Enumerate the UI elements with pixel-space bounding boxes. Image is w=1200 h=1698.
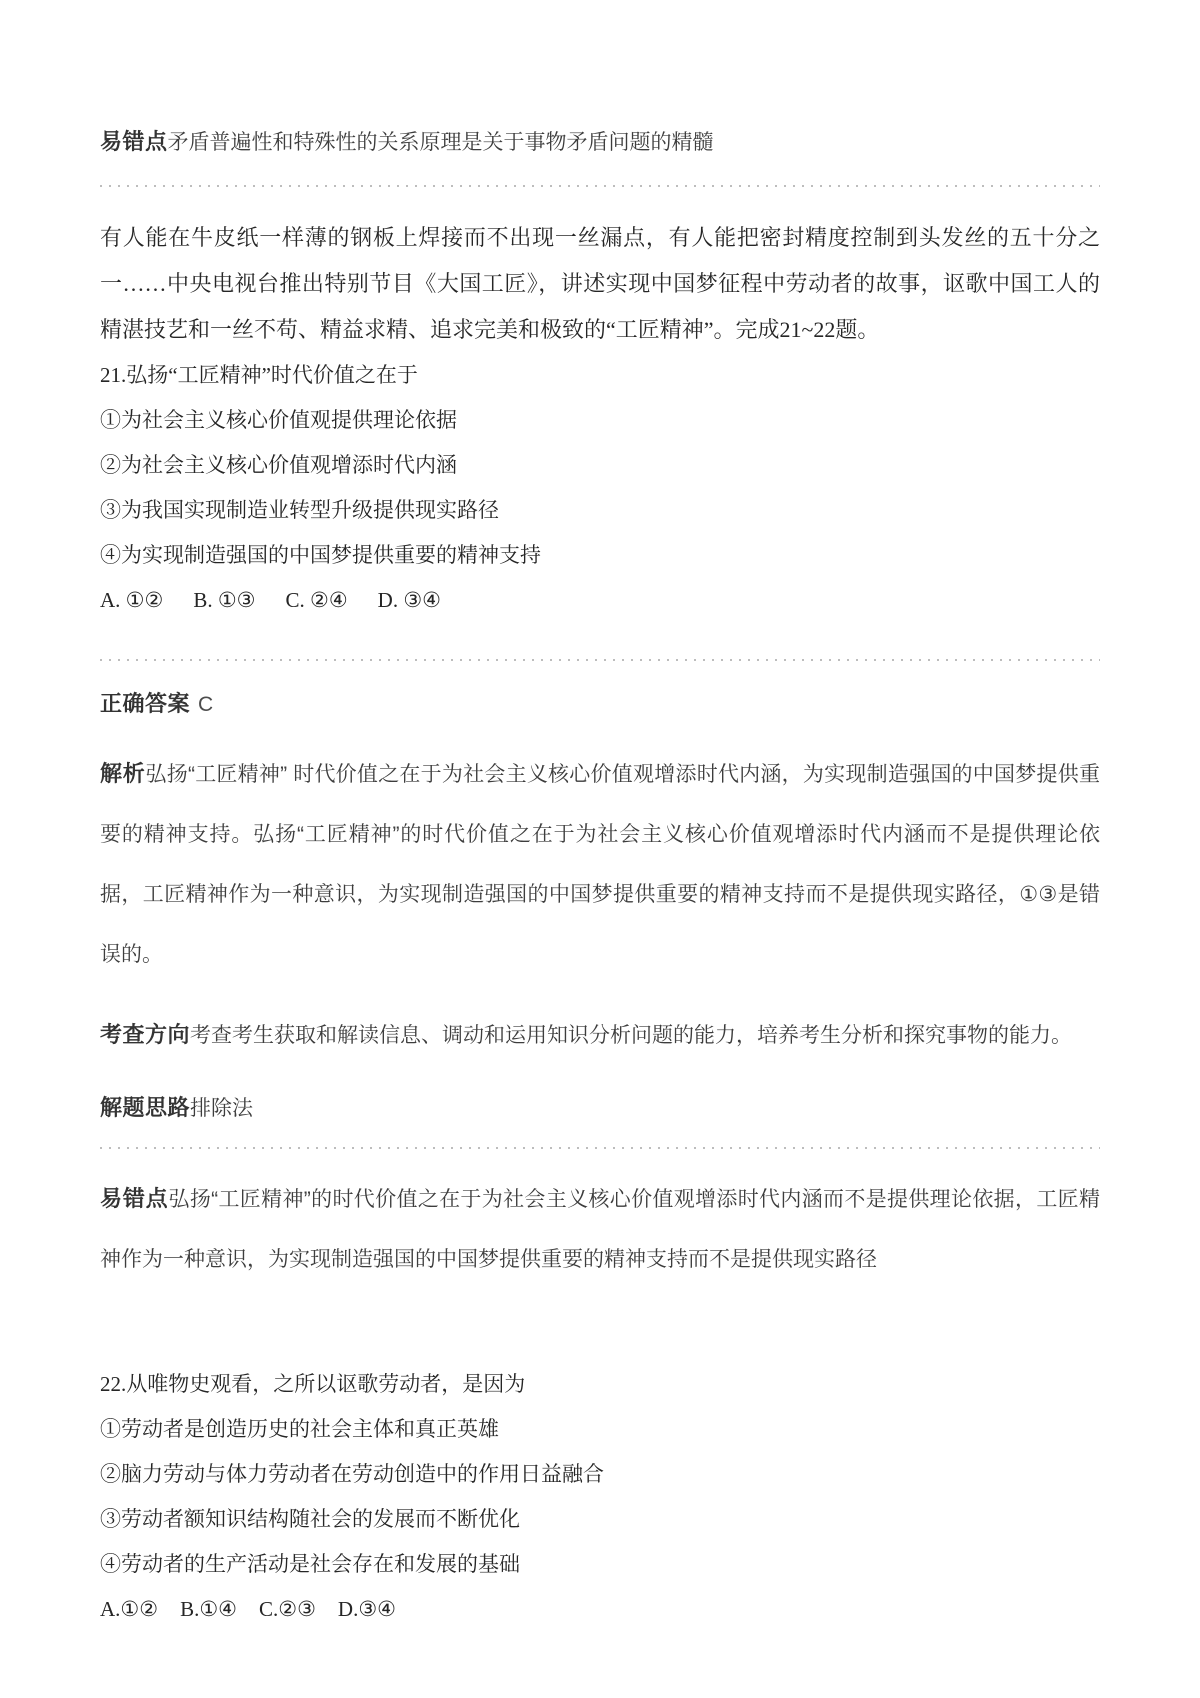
question-22-option-4: ④劳动者的生产活动是社会存在和发展的基础 <box>100 1542 1100 1587</box>
analysis-paragraph: 解析弘扬“工匠精神” 时代价值之在于为社会主义核心价值观增添时代内涵，为实现制造… <box>100 744 1100 985</box>
exam-direction-text: 考查考生获取和解读信息、调动和运用知识分析问题的能力，培养考生分析和探究事物的能… <box>190 1024 1072 1047</box>
question-21-choices: A. ①② B. ①③ C. ②④ D. ③④ <box>100 578 1100 623</box>
question-21-option-3: ③为我国实现制造业转型升级提供现实路径 <box>100 488 1100 533</box>
question-22-option-3: ③劳动者额知识结构随社会的发展而不断优化 <box>100 1497 1100 1542</box>
choice-b: B.①④ <box>180 1587 237 1632</box>
answer-section: 正确答案C <box>100 687 1100 724</box>
error-prone-label: 易错点 <box>100 1186 169 1211</box>
exam-direction-section: 考查方向考查考生获取和解读信息、调动和运用知识分析问题的能力，培养考生分析和探究… <box>100 1005 1100 1066</box>
passage-paragraph: 有人能在牛皮纸一样薄的钢板上焊接而不出现一丝漏点，有人能把密封精度控制到头发丝的… <box>100 215 1100 353</box>
error-prone-label-top: 易错点 <box>100 129 168 154</box>
error-prone-line-top: 易错点矛盾普遍性和特殊性的关系原理是关于事物矛盾问题的精髓 <box>100 126 1100 159</box>
passage-section: 有人能在牛皮纸一样薄的钢板上焊接而不出现一丝漏点，有人能把密封精度控制到头发丝的… <box>100 215 1100 353</box>
section-divider <box>100 1147 1100 1149</box>
question-21-option-2: ②为社会主义核心价值观增添时代内涵 <box>100 443 1100 488</box>
question-21: 21.弘扬“工匠精神”时代价值之在于 ①为社会主义核心价值观提供理论依据 ②为社… <box>100 353 1100 623</box>
choice-d: D. ③④ <box>378 578 441 623</box>
choice-c: C.②③ <box>259 1587 316 1632</box>
question-22-option-1: ①劳动者是创造历史的社会主体和真正英雄 <box>100 1407 1100 1452</box>
error-prone-section: 易错点弘扬“工匠精神”的时代价值之在于为社会主义核心价值观增添时代内涵而不是提供… <box>100 1169 1100 1290</box>
solution-approach-label: 解题思路 <box>100 1095 190 1120</box>
section-divider <box>100 185 1100 187</box>
analysis-text: 弘扬“工匠精神” 时代价值之在于为社会主义核心价值观增添时代内涵，为实现制造强国… <box>100 763 1100 966</box>
solution-approach-section: 解题思路排除法 <box>100 1086 1100 1131</box>
correct-answer-value: C <box>198 693 213 716</box>
choice-d: D.③④ <box>338 1587 396 1632</box>
previous-analysis-tail: 易错点矛盾普遍性和特殊性的关系原理是关于事物矛盾问题的精髓 <box>100 126 1100 159</box>
question-21-option-1: ①为社会主义核心价值观提供理论依据 <box>100 398 1100 443</box>
exam-direction-line: 考查方向考查考生获取和解读信息、调动和运用知识分析问题的能力，培养考生分析和探究… <box>100 1005 1100 1066</box>
error-prone-text-top: 矛盾普遍性和特殊性的关系原理是关于事物矛盾问题的精髓 <box>168 131 714 154</box>
solution-approach-line: 解题思路排除法 <box>100 1086 1100 1131</box>
question-21-option-4: ④为实现制造强国的中国梦提供重要的精神支持 <box>100 533 1100 578</box>
choice-c: C. ②④ <box>286 578 348 623</box>
error-prone-paragraph: 易错点弘扬“工匠精神”的时代价值之在于为社会主义核心价值观增添时代内涵而不是提供… <box>100 1169 1100 1290</box>
choice-b: B. ①③ <box>193 578 255 623</box>
question-22-choices: A.①② B.①④ C.②③ D.③④ <box>100 1587 1100 1632</box>
error-prone-text: 弘扬“工匠精神”的时代价值之在于为社会主义核心价值观增添时代内涵而不是提供理论依… <box>100 1188 1100 1271</box>
solution-approach-text: 排除法 <box>190 1097 253 1120</box>
exam-document-page: 易错点矛盾普遍性和特殊性的关系原理是关于事物矛盾问题的精髓 有人能在牛皮纸一样薄… <box>0 0 1200 1632</box>
analysis-section: 解析弘扬“工匠精神” 时代价值之在于为社会主义核心价值观增添时代内涵，为实现制造… <box>100 744 1100 985</box>
section-divider <box>100 659 1100 661</box>
analysis-label: 解析 <box>100 761 145 786</box>
correct-answer-line: 正确答案C <box>100 687 1100 724</box>
choice-a: A.①② <box>100 1587 158 1632</box>
choice-a: A. ①② <box>100 578 163 623</box>
correct-answer-label: 正确答案 <box>100 691 190 716</box>
question-21-stem: 21.弘扬“工匠精神”时代价值之在于 <box>100 353 1100 398</box>
question-22-option-2: ②脑力劳动与体力劳动者在劳动创造中的作用日益融合 <box>100 1452 1100 1497</box>
question-22-stem: 22.从唯物史观看，之所以讴歌劳动者，是因为 <box>100 1362 1100 1407</box>
exam-direction-label: 考查方向 <box>100 1022 190 1047</box>
question-22: 22.从唯物史观看，之所以讴歌劳动者，是因为 ①劳动者是创造历史的社会主体和真正… <box>100 1362 1100 1632</box>
